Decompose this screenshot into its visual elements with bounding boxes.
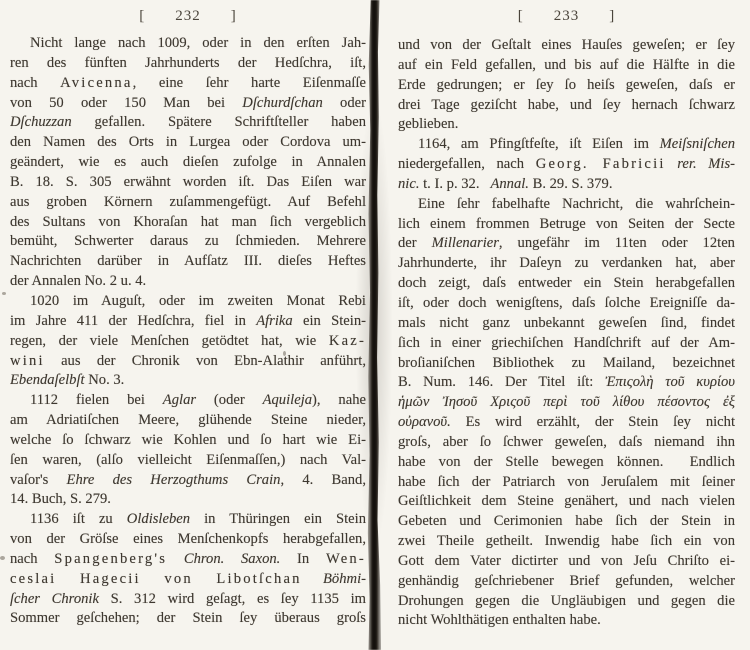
body-text: iſt, oder doch wenigſtens, daſs ſolche E…: [398, 295, 735, 311]
body-text: Drohungen gegen die Ungläubigen und gege…: [398, 593, 735, 609]
text-line: wini aus der Chronik von Ebn-Alathir anf…: [10, 352, 366, 372]
body-text: 14. Buch, S. 279.: [10, 491, 111, 507]
page-number-left: [232]: [10, 8, 366, 30]
body-text: ſich in einer griechiſchen Handſchrift a…: [398, 335, 735, 351]
text-line: iſt, oder doch wenigſtens, daſs ſolche E…: [398, 294, 735, 314]
text-line: B. 18. S. 305 erwähnt worden iſt. Das Ei…: [10, 173, 366, 193]
body-text: auf ein Feld gefallen, und bis auf die H…: [398, 57, 735, 73]
body-text: den Namen des Orts in Lurgea oder Cordov…: [10, 134, 366, 150]
text-line: genhändig geſchriebener Brief gefunden, …: [398, 572, 735, 592]
book-page-right-text: und von der Geſtalt eines Hauſes geweſen…: [398, 36, 735, 631]
text-line: bemüht, Schwerter daraus zu ſchmieden. M…: [10, 232, 366, 252]
page-number-right: [233]: [398, 8, 735, 30]
body-text: lich einem frommen Betruge von Seiten de…: [398, 216, 735, 232]
text-line: nicht Wohlthätigen enthalten habe.: [398, 611, 735, 631]
body-text: der Annalen No. 2 u. 4.: [10, 273, 146, 289]
italic-text: ἡμῶν Ἰησοῦ Χριςοῦ περὶ τοῦ λίθου πέσοντο…: [398, 394, 735, 410]
body-text: am Adriatiſchen Meere, glühende Steine n…: [10, 412, 366, 428]
text-line: broſianiſchen Bibliothek zu Mailand, bez…: [398, 354, 735, 374]
body-text: im Jahre 411 der Hedſchra, fiel in: [10, 313, 256, 329]
body-text: [302, 571, 323, 587]
italic-text: Meiſsniſchen: [660, 136, 735, 152]
body-text: 1112 fielen bei: [30, 392, 163, 408]
body-text: , ungefähr im 11ten oder 12ten: [499, 235, 735, 251]
body-text: S. 312 wird geſagt, es ſey 1135 im: [99, 591, 366, 607]
body-text: Erde gedrungen; er ſey ſo heiſs geweſen,…: [398, 77, 735, 93]
text-line: Eine ſehr fabelhafte Nachricht, die wahr…: [398, 195, 735, 215]
spaced-text: wini: [10, 353, 45, 369]
body-text: genhändig geſchriebener Brief gefunden, …: [398, 573, 735, 589]
text-line: welche ſo ſchwarz wie Kohlen und ſo hart…: [10, 431, 366, 451]
italic-text: ſcher Chronik: [10, 591, 99, 607]
text-line: ſen waren, (alſo vielleicht Eiſenmaſſen,…: [10, 451, 366, 471]
text-line: mals nicht ganz unbekannt geweſen ſind, …: [398, 314, 735, 334]
body-text: Gott dem Vater dictirter und von Jeſu Ch…: [398, 553, 735, 569]
body-text: Gebeten und Cerimonien habe ſich der Ste…: [398, 513, 735, 529]
body-text: Geiſtlichkeit dem Steine genähert, und n…: [398, 493, 735, 509]
italic-text: Dſchuzzan: [10, 114, 72, 130]
italic-text: Aglar: [163, 392, 196, 408]
text-line: Jahrhunderte, ihr Daſeyn zu verdanken ha…: [398, 254, 735, 274]
italic-text: οὐρανοῦ.: [398, 414, 451, 430]
text-line: ren des fünften Jahrhunderts der Hedſchr…: [10, 54, 366, 74]
text-line: des Sultans von Khoraſan hat man ſich ve…: [10, 213, 366, 233]
text-line: Geiſtlichkeit dem Steine genähert, und n…: [398, 492, 735, 512]
body-text: geändert, wie es auch dieſen zufolge in …: [10, 154, 366, 170]
body-text: Es wird erzählt, der Stein ſey nicht: [451, 414, 735, 430]
body-text: drei Tage geziſcht habe, und ſey hernach…: [398, 97, 735, 113]
text-line: ceslai Hagecii von Libotſchan Böhmi-: [10, 570, 366, 590]
text-line: geblieben.: [398, 115, 735, 135]
body-text: 1020 im Auguſt, oder im zweiten Monat Re…: [30, 293, 366, 309]
text-line: 1164, am Pfingſtfeſte, iſt Eiſen im Meiſ…: [398, 135, 735, 155]
text-line: ſcher Chronik S. 312 wird geſagt, es ſey…: [10, 590, 366, 610]
body-text: nach: [10, 551, 54, 567]
text-line: am Adriatiſchen Meere, glühende Steine n…: [10, 411, 366, 431]
text-line: im Jahre 411 der Hedſchra, fiel in Afrik…: [10, 312, 366, 332]
body-text: [167, 551, 184, 567]
text-line: geändert, wie es auch dieſen zufolge in …: [10, 153, 366, 173]
italic-text: Annal.: [490, 176, 529, 192]
text-line: und von der Geſtalt eines Hauſes geweſen…: [398, 36, 735, 56]
scan-speck: [283, 351, 286, 356]
body-text: aus der Chronik von Ebn-Alathir anführt,: [45, 353, 366, 369]
italic-text: Aquileja: [263, 392, 312, 408]
spaced-text: Avicenna: [60, 75, 132, 91]
text-line: 14. Buch, S. 279.: [10, 490, 366, 510]
text-line: der Annalen No. 2 u. 4.: [10, 272, 366, 292]
text-line: der Millenarier, ungefähr im 11ten oder …: [398, 234, 735, 254]
body-text: geblieben.: [398, 116, 458, 132]
page-number-left-value: 232: [175, 8, 201, 25]
text-line: von der Gröſse eines Menſchenkopfs herab…: [10, 530, 366, 550]
body-text: welche ſo ſchwarz wie Kohlen und ſo hart…: [10, 432, 366, 448]
italic-text: Ehre des Herzogthums Crain: [67, 472, 281, 488]
text-line: ſich in einer griechiſchen Handſchrift a…: [398, 334, 735, 354]
italic-text: Millenarier: [432, 235, 499, 251]
body-text: aus groben Körnern zuſammengefügt. Auf B…: [10, 194, 366, 210]
body-text: 1136 iſt zu: [30, 511, 127, 527]
body-text: von der Gröſse eines Menſchenkopfs herab…: [10, 531, 366, 547]
text-line: den Namen des Orts in Lurgea oder Cordov…: [10, 133, 366, 153]
body-text: habe ſich der Patriarch von Jeruſalem mi…: [398, 474, 735, 490]
body-text: habe von der Stelle bewegen können. Endl…: [398, 454, 735, 470]
italic-text: Dſchurdſchan: [242, 95, 323, 111]
bracket-open: [: [139, 8, 145, 24]
body-text: In: [280, 551, 326, 567]
text-line: nach Avicenna, eine ſehr harte Eiſenmaſſ…: [10, 74, 366, 94]
italic-text: Ἐπιςολὴ τοῦ κυρίου: [605, 374, 735, 390]
body-text: Nachrichten darüber in Aufſatz III. dieſ…: [10, 253, 366, 269]
body-text: B. 18. S. 305 erwähnt worden iſt. Das Ei…: [10, 174, 366, 190]
book-scan: [232] [233] Nicht lange nach 1009, oder …: [0, 0, 750, 650]
text-line: Drohungen gegen die Ungläubigen und gege…: [398, 592, 735, 612]
body-text: t. I. p. 32.: [419, 176, 490, 192]
text-line: groſs, aber ſo ſchwer geweſen, daſs niem…: [398, 433, 735, 453]
text-line: Nachrichten darüber in Aufſatz III. dieſ…: [10, 252, 366, 272]
body-text: in Thüringen ein Stein: [190, 511, 366, 527]
body-text: bemüht, Schwerter daraus zu ſchmieden. M…: [10, 233, 366, 249]
text-line: Ebendaſelbſt No. 3.: [10, 371, 366, 391]
spaced-text: Spangenberg's: [54, 551, 167, 567]
body-text: und von der Geſtalt eines Hauſes geweſen…: [398, 37, 735, 53]
body-text: Sommer geſchehen; der Stein ſey überaus …: [10, 610, 366, 626]
text-line: ἡμῶν Ἰησοῦ Χριςοῦ περὶ τοῦ λίθου πέσοντο…: [398, 393, 735, 413]
bracket-close: ]: [231, 8, 237, 24]
body-text: 1164, am Pfingſtfeſte, iſt Eiſen im: [418, 136, 660, 152]
text-line: vaſor's Ehre des Herzogthums Crain, 4. B…: [10, 471, 366, 491]
page-number-right-value: 233: [554, 8, 580, 25]
body-text: mals nicht ganz unbekannt geweſen ſind, …: [398, 315, 735, 331]
text-line: doch zeigt, daſs entweder ein Stein hera…: [398, 274, 735, 294]
italic-text: rer. Mis-: [677, 156, 735, 172]
body-text: gefallen. Spätere Schriftſteller haben: [72, 114, 366, 130]
italic-text: Oldisleben: [127, 511, 190, 527]
body-text: doch zeigt, daſs entweder ein Stein hera…: [398, 275, 735, 291]
text-line: Nicht lange nach 1009, oder in den erſte…: [10, 34, 366, 54]
body-text: B. Num. 146. Der Titel iſt:: [398, 374, 605, 390]
scan-speck: [0, 556, 5, 560]
text-line: Sommer geſchehen; der Stein ſey überaus …: [10, 609, 366, 629]
text-line: habe ſich der Patriarch von Jeruſalem mi…: [398, 473, 735, 493]
body-text: regen, der viele Menſchen getödtet hat, …: [10, 333, 329, 349]
body-text: von 50 oder 150 Man bei: [10, 95, 242, 111]
text-line: zwei Theile getheilt. Inwendig habe ſich…: [398, 532, 735, 552]
body-text: des Sultans von Khoraſan hat man ſich ve…: [10, 214, 366, 230]
body-text: nach: [10, 75, 60, 91]
italic-text: Chron. Saxon.: [184, 551, 280, 567]
text-line: Gebeten und Cerimonien habe ſich der Ste…: [398, 512, 735, 532]
text-line: 1136 iſt zu Oldisleben in Thüringen ein …: [10, 510, 366, 530]
text-line: drei Tage geziſcht habe, und ſey hernach…: [398, 96, 735, 116]
body-text: vaſor's: [10, 472, 67, 488]
bracket-open: [: [518, 8, 524, 24]
text-line: habe von der Stelle bewegen können. Endl…: [398, 453, 735, 473]
body-text: , eine ſehr harte Eiſenmaſſe: [133, 75, 366, 91]
spaced-text: ceslai Hagecii von Libotſchan: [10, 571, 302, 587]
body-text: broſianiſchen Bibliothek zu Mailand, bez…: [398, 355, 735, 371]
spaced-text: Georg. Fabricii: [536, 156, 666, 172]
body-text: niedergefallen, nach: [398, 156, 536, 172]
book-page-left-text: Nicht lange nach 1009, oder in den erſte…: [10, 34, 366, 629]
text-line: niedergefallen, nach Georg. Fabricii rer…: [398, 155, 735, 175]
bracket-close: ]: [609, 8, 615, 24]
text-line: οὐρανοῦ. Es wird erzählt, der Stein ſey …: [398, 413, 735, 433]
text-line: Gott dem Vater dictirter und von Jeſu Ch…: [398, 552, 735, 572]
text-line: lich einem frommen Betruge von Seiten de…: [398, 215, 735, 235]
body-text: Eine ſehr fabelhafte Nachricht, die wahr…: [418, 196, 735, 212]
body-text: groſs, aber ſo ſchwer geweſen, daſs niem…: [398, 434, 735, 450]
italic-text: nic.: [398, 176, 419, 192]
body-text: [666, 156, 678, 172]
text-line: 1020 im Auguſt, oder im zweiten Monat Re…: [10, 292, 366, 312]
body-text: der: [398, 235, 432, 251]
text-line: von 50 oder 150 Man bei Dſchurdſchan ode…: [10, 94, 366, 114]
body-text: zwei Theile getheilt. Inwendig habe ſich…: [398, 533, 735, 549]
text-line: nic. t. I. p. 32. Annal. B. 29. S. 379.: [398, 175, 735, 195]
scan-speck: [2, 292, 6, 295]
body-text: No. 3.: [85, 372, 125, 388]
text-line: nach Spangenberg's Chron. Saxon. In Wen-: [10, 550, 366, 570]
text-line: B. Num. 146. Der Titel iſt: Ἐπιςολὴ τοῦ …: [398, 373, 735, 393]
body-text: (oder: [196, 392, 263, 408]
body-text: Nicht lange nach 1009, oder in den erſte…: [30, 35, 366, 51]
body-text: ſen waren, (alſo vielleicht Eiſenmaſſen,…: [10, 452, 366, 468]
text-line: Erde gedrungen; er ſey ſo heiſs geweſen,…: [398, 76, 735, 96]
text-line: auf ein Feld gefallen, und bis auf die H…: [398, 56, 735, 76]
body-text: ren des fünften Jahrhunderts der Hedſchr…: [10, 55, 366, 71]
italic-text: Afrika: [256, 313, 292, 329]
body-text: nicht Wohlthätigen enthalten habe.: [398, 612, 601, 628]
text-line: Dſchuzzan gefallen. Spätere Schriftſtell…: [10, 113, 366, 133]
text-line: 1112 fielen bei Aglar (oder Aquileja), n…: [10, 391, 366, 411]
text-line: aus groben Körnern zuſammengefügt. Auf B…: [10, 193, 366, 213]
body-text: Jahrhunderte, ihr Daſeyn zu verdanken ha…: [398, 255, 735, 271]
text-line: regen, der viele Menſchen getödtet hat, …: [10, 332, 366, 352]
italic-text: Ebendaſelbſt: [10, 372, 85, 388]
body-text: B. 29. S. 379.: [529, 176, 613, 192]
